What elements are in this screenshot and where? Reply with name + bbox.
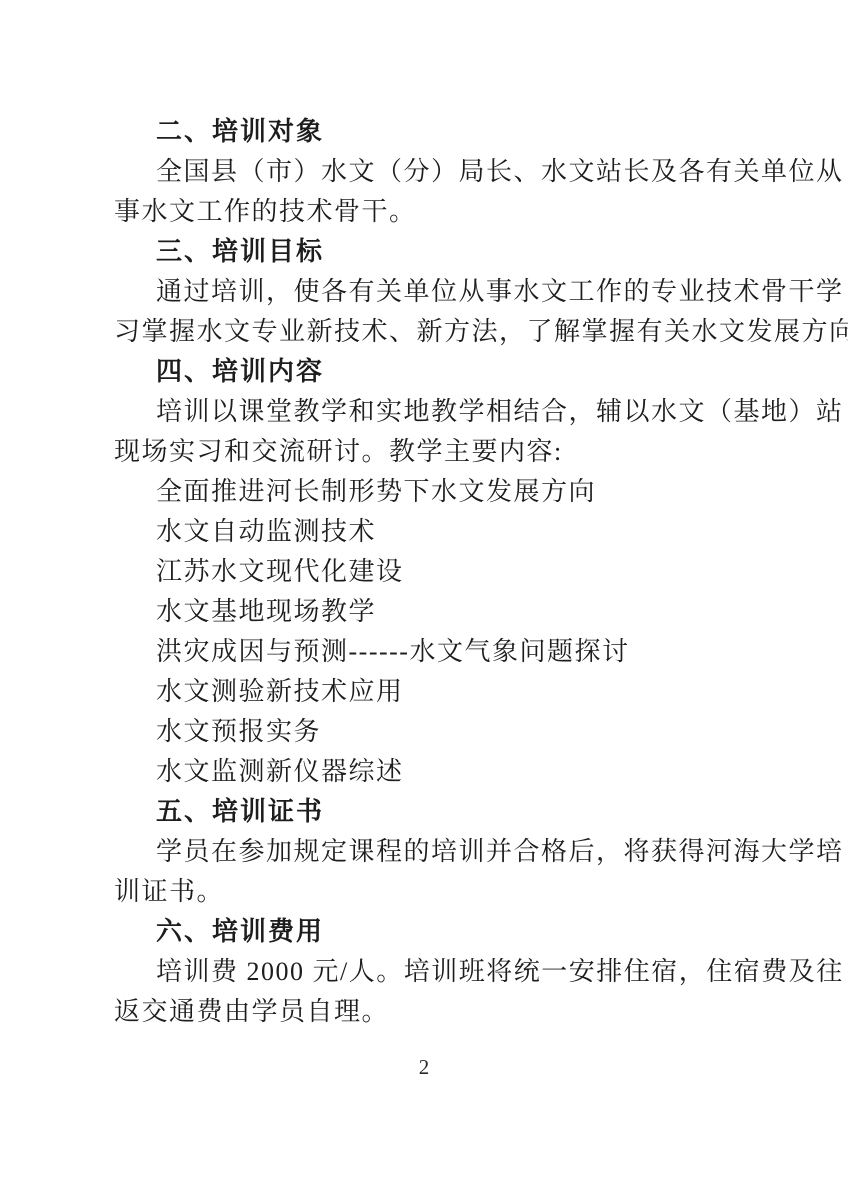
paragraph-line: 习掌握水文专业新技术、新方法，了解掌握有关水文发展方向。 <box>114 312 736 352</box>
section-heading: 四、培训内容 <box>114 352 736 392</box>
list-item: 水文监测新仪器综述 <box>114 752 736 792</box>
list-item: 水文测验新技术应用 <box>114 672 736 712</box>
paragraph-line: 全国县（市）水文（分）局长、水文站长及各有关单位从 <box>114 152 736 192</box>
section-heading: 五、培训证书 <box>114 792 736 832</box>
paragraph-line: 培训费 2000 元/人。培训班将统一安排住宿，住宿费及往 <box>114 952 736 992</box>
section-heading: 二、培训对象 <box>114 112 736 152</box>
paragraph-line: 现场实习和交流研讨。教学主要内容: <box>114 432 736 472</box>
document-body: 二、培训对象全国县（市）水文（分）局长、水文站长及各有关单位从事水文工作的技术骨… <box>114 112 736 1032</box>
list-item: 水文预报实务 <box>114 712 736 752</box>
list-item: 水文基地现场教学 <box>114 592 736 632</box>
section-heading: 三、培训目标 <box>114 232 736 272</box>
paragraph-line: 通过培训，使各有关单位从事水文工作的专业技术骨干学 <box>114 272 736 312</box>
paragraph-line: 学员在参加规定课程的培训并合格后，将获得河海大学培 <box>114 832 736 872</box>
list-item: 全面推进河长制形势下水文发展方向 <box>114 472 736 512</box>
paragraph-line: 训证书。 <box>114 872 736 912</box>
document-page: 二、培训对象全国县（市）水文（分）局长、水文站长及各有关单位从事水文工作的技术骨… <box>0 0 848 1199</box>
paragraph-line: 返交通费由学员自理。 <box>114 992 736 1032</box>
paragraph-line: 事水文工作的技术骨干。 <box>114 192 736 232</box>
list-item: 洪灾成因与预测------水文气象问题探讨 <box>114 632 736 672</box>
page-number: 2 <box>0 1052 848 1082</box>
section-heading: 六、培训费用 <box>114 912 736 952</box>
list-item: 水文自动监测技术 <box>114 512 736 552</box>
list-item: 江苏水文现代化建设 <box>114 552 736 592</box>
paragraph-line: 培训以课堂教学和实地教学相结合，辅以水文（基地）站 <box>114 392 736 432</box>
